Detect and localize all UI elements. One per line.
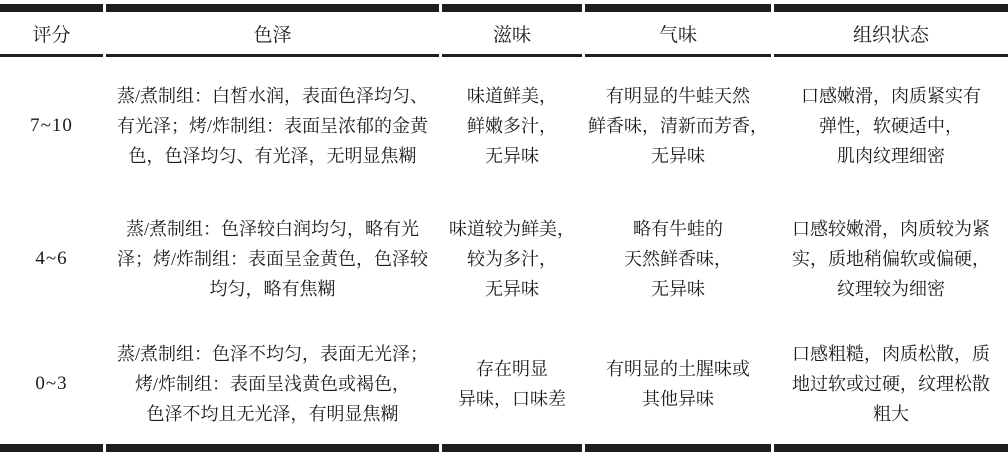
color-cell: 蒸/煮制组：色泽较白润均匀，略有光 泽；烤/炸制组：表面呈金黄色，色泽较 均匀，… xyxy=(106,194,439,324)
color-cell: 蒸/煮制组：色泽不均匀，表面无光泽； 烤/炸制组：表面呈浅黄色或褐色， 色泽不均… xyxy=(106,324,439,452)
score-cell: 4~6 xyxy=(0,194,103,324)
table-header-row: 评分 色泽 滋味 气味 组织状态 xyxy=(0,4,1008,57)
score-cell: 0~3 xyxy=(0,324,103,452)
paper-table-region: 评分 色泽 滋味 气味 组织状态 7~10 蒸/煮制组：白皙水润，表面色泽均匀、… xyxy=(0,0,1008,465)
column-header-texture: 组织状态 xyxy=(774,4,1008,57)
column-header-color: 色泽 xyxy=(106,4,439,57)
column-header-odor: 气味 xyxy=(585,4,771,57)
texture-cell: 口感较嫩滑，肉质较为紧 实，质地稍偏软或偏硬， 纹理较为细密 xyxy=(774,194,1008,324)
table-row: 7~10 蒸/煮制组：白皙水润，表面色泽均匀、 有光泽；烤/炸制组：表面呈浓郁的… xyxy=(0,57,1008,194)
taste-cell: 味道较为鲜美， 较为多汁， 无异味 xyxy=(442,194,582,324)
column-header-score: 评分 xyxy=(0,4,103,57)
taste-cell: 存在明显 异味，口味差 xyxy=(442,324,582,452)
score-cell: 7~10 xyxy=(0,57,103,194)
table-row: 4~6 蒸/煮制组：色泽较白润均匀，略有光 泽；烤/炸制组：表面呈金黄色，色泽较… xyxy=(0,194,1008,324)
texture-cell: 口感粗糙，肉质松散，质 地过软或过硬，纹理松散 粗大 xyxy=(774,324,1008,452)
sensory-evaluation-table: 评分 色泽 滋味 气味 组织状态 7~10 蒸/煮制组：白皙水润，表面色泽均匀、… xyxy=(0,4,1008,452)
color-cell: 蒸/煮制组：白皙水润，表面色泽均匀、 有光泽；烤/炸制组：表面呈浓郁的金黄 色，… xyxy=(106,57,439,194)
texture-cell: 口感嫩滑，肉质紧实有 弹性，软硬适中， 肌肉纹理细密 xyxy=(774,57,1008,194)
column-header-taste: 滋味 xyxy=(442,4,582,57)
odor-cell: 有明显的土腥味或 其他异味 xyxy=(585,324,771,452)
odor-cell: 有明显的牛蛙天然 鲜香味，清新而芳香， 无异味 xyxy=(585,57,771,194)
taste-cell: 味道鲜美， 鲜嫩多汁， 无异味 xyxy=(442,57,582,194)
table-row: 0~3 蒸/煮制组：色泽不均匀，表面无光泽； 烤/炸制组：表面呈浅黄色或褐色， … xyxy=(0,324,1008,452)
odor-cell: 略有牛蛙的 天然鲜香味， 无异味 xyxy=(585,194,771,324)
